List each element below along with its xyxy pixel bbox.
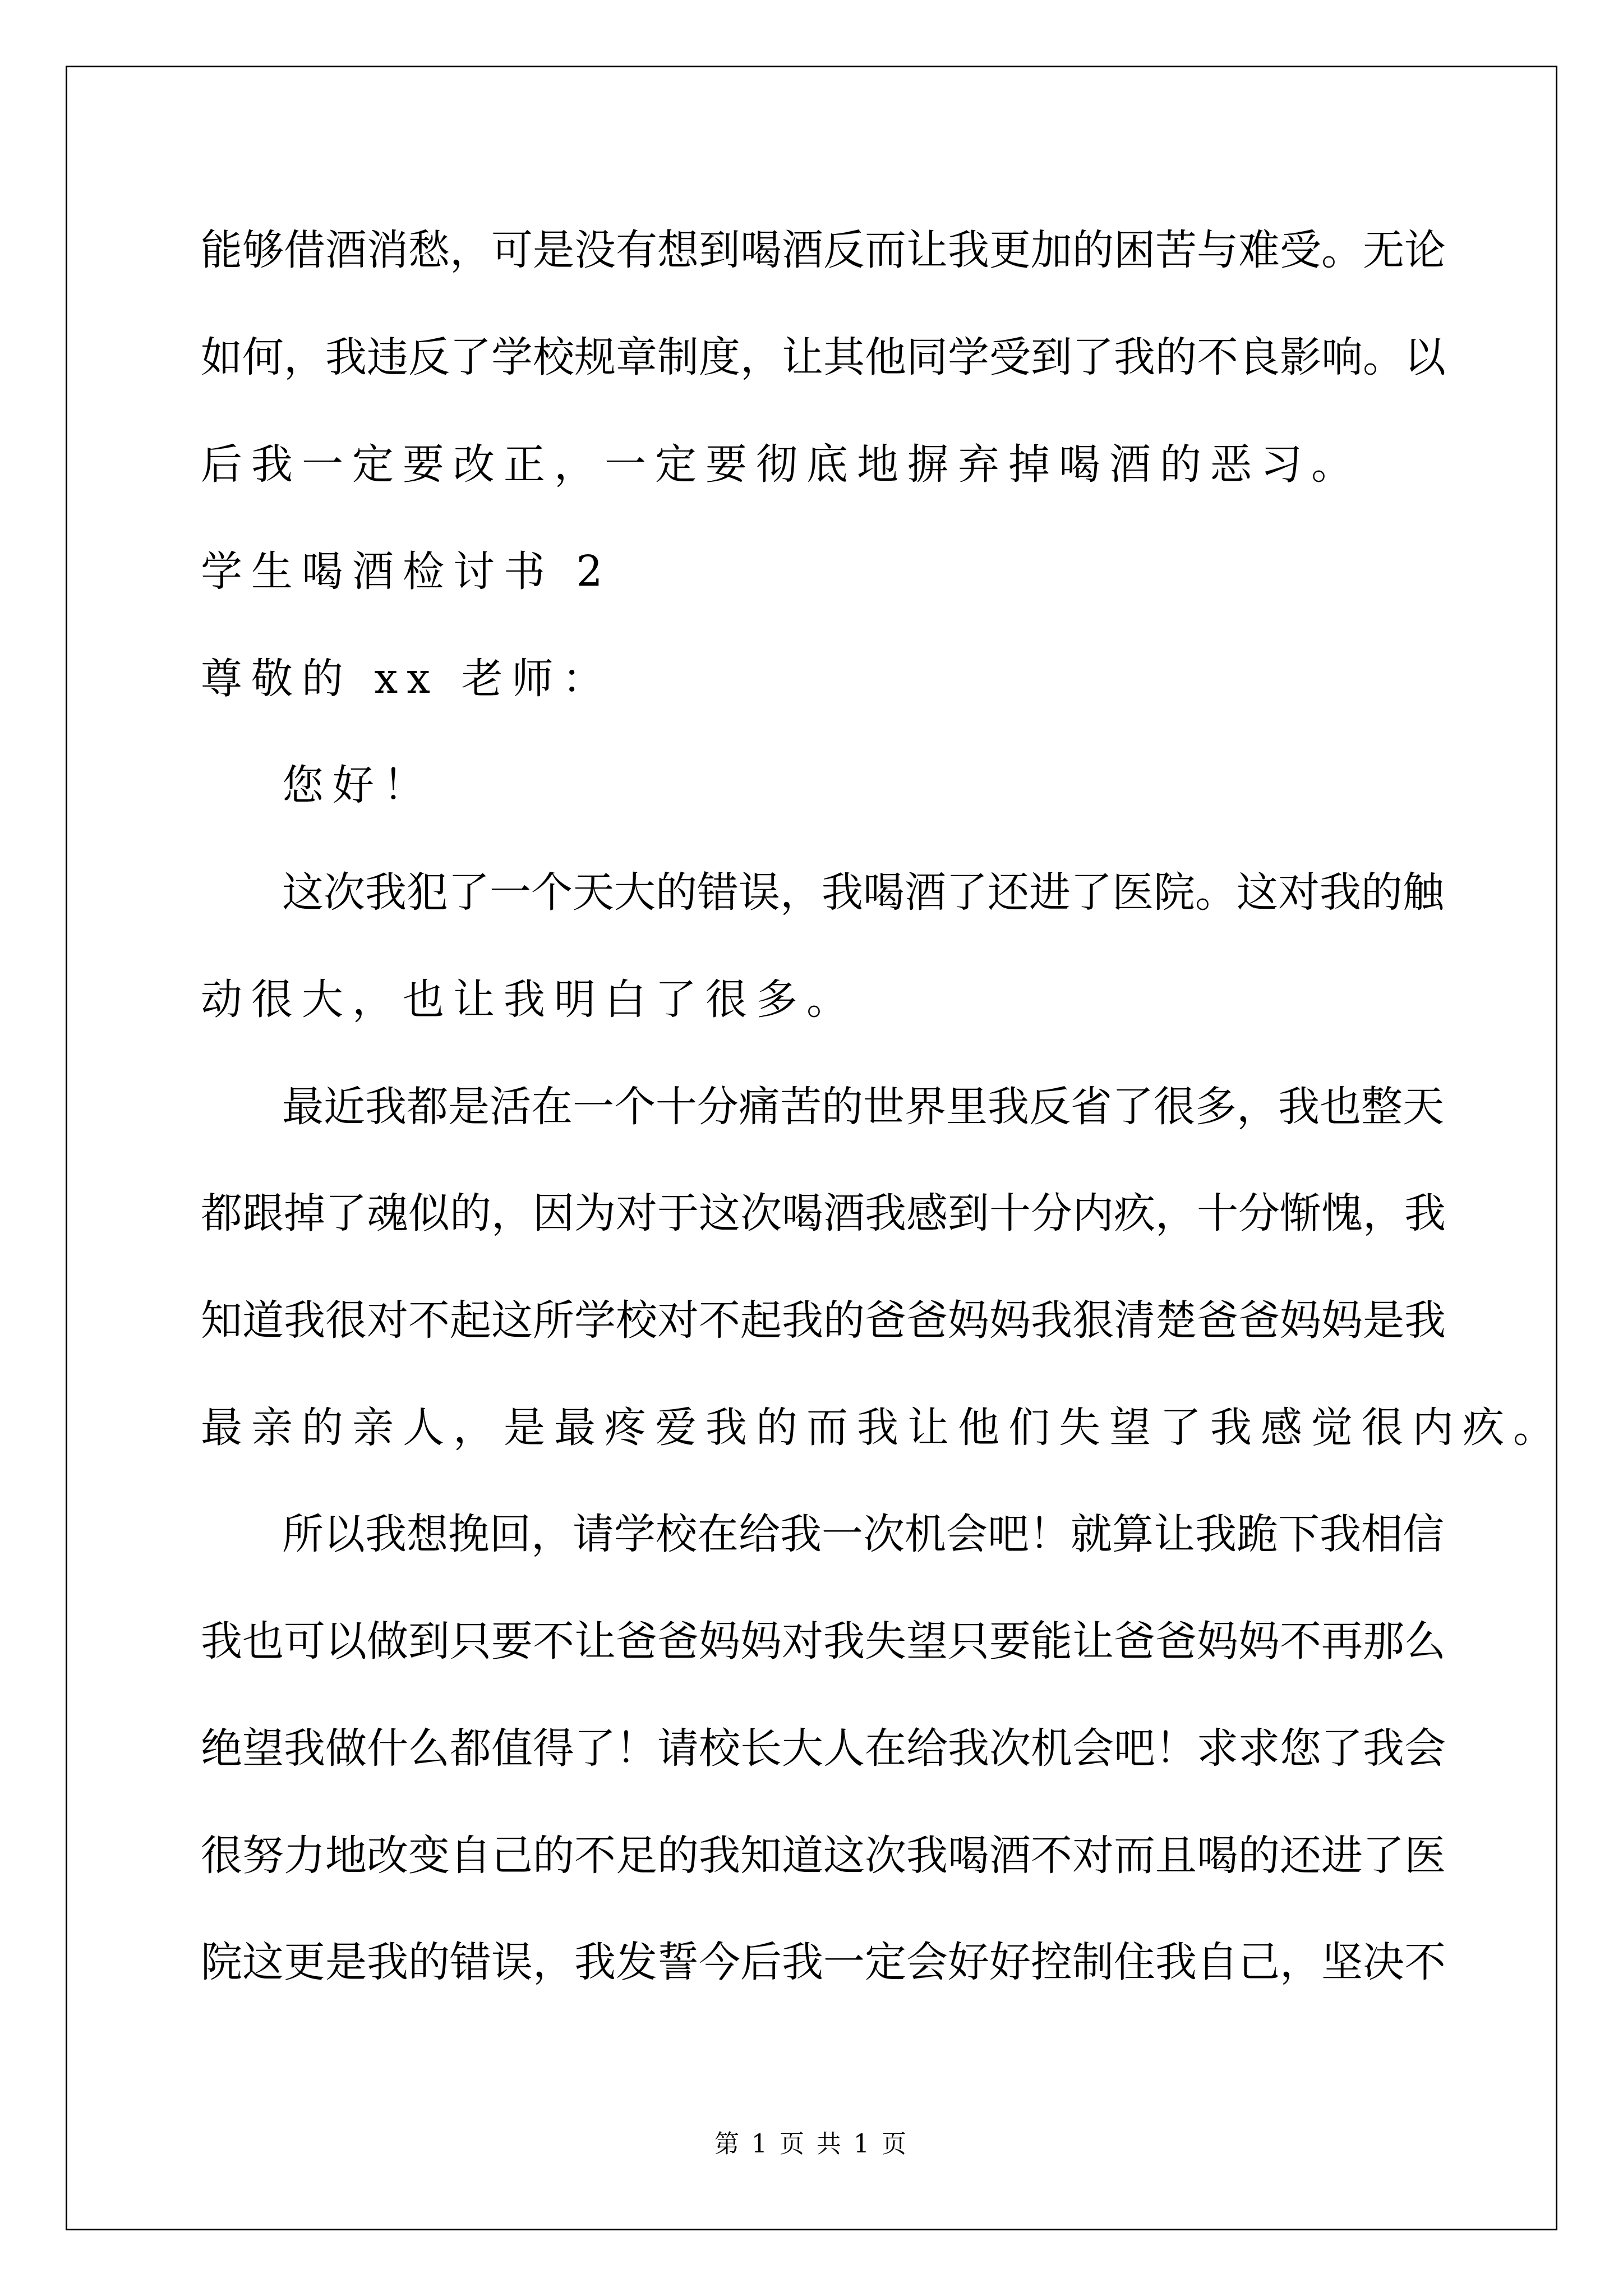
greeting: 您好！ (282, 760, 1516, 811)
body-text-line: 知道我很对不起这所学校对不起我的爸爸妈妈我狠清楚爸爸妈妈是我 (201, 1295, 1424, 1346)
body-text-line: 后我一定要改正，一定要彻底地摒弃掉喝酒的恶习。 (201, 439, 1435, 490)
body-text-line: 我也可以做到只要不让爸爸妈妈对我失望只要能让爸爸妈妈不再那么 (201, 1616, 1424, 1667)
body-text-line: 动很大，也让我明白了很多。 (201, 974, 1435, 1025)
body-text-line: 如何，我违反了学校规章制度，让其他同学受到了我的不良影响。以 (201, 332, 1424, 383)
body-text-line: 很努力地改变自己的不足的我知道这次我喝酒不对而且喝的还进了医 (201, 1830, 1424, 1881)
salutation: 尊敬的 xx 老师： (201, 654, 1435, 704)
body-text-line: 绝望我做什么都值得了！请校长大人在给我次机会吧！求求您了我会 (201, 1723, 1424, 1774)
body-text-line: 都跟掉了魂似的，因为对于这次喝酒我感到十分内疚，十分惭愧，我 (201, 1188, 1424, 1239)
page-border-frame (66, 66, 1557, 2230)
page-number-footer: 第 1 页 共 1 页 (0, 2129, 1623, 2160)
body-text-line: 最亲的亲人，是最疼爱我的而我让他们失望了我感觉很内疚。 (201, 1402, 1435, 1453)
body-text-line: 院这更是我的错误，我发誓今后我一定会好好控制住我自己，坚决不 (201, 1937, 1424, 1987)
body-text-line: 最近我都是活在一个十分痛苦的世界里我反省了很多，我也整天 (282, 1082, 1424, 1132)
body-text-line: 这次我犯了一个天大的错误，我喝酒了还进了医院。这对我的触 (282, 867, 1424, 918)
body-text-line: 能够借酒消愁，可是没有想到喝酒反而让我更加的困苦与难受。无论 (201, 225, 1424, 275)
body-text-line: 所以我想挽回，请学校在给我一次机会吧！就算让我跪下我相信 (282, 1509, 1424, 1559)
section-heading: 学生喝酒检讨书 2 (201, 546, 1435, 597)
